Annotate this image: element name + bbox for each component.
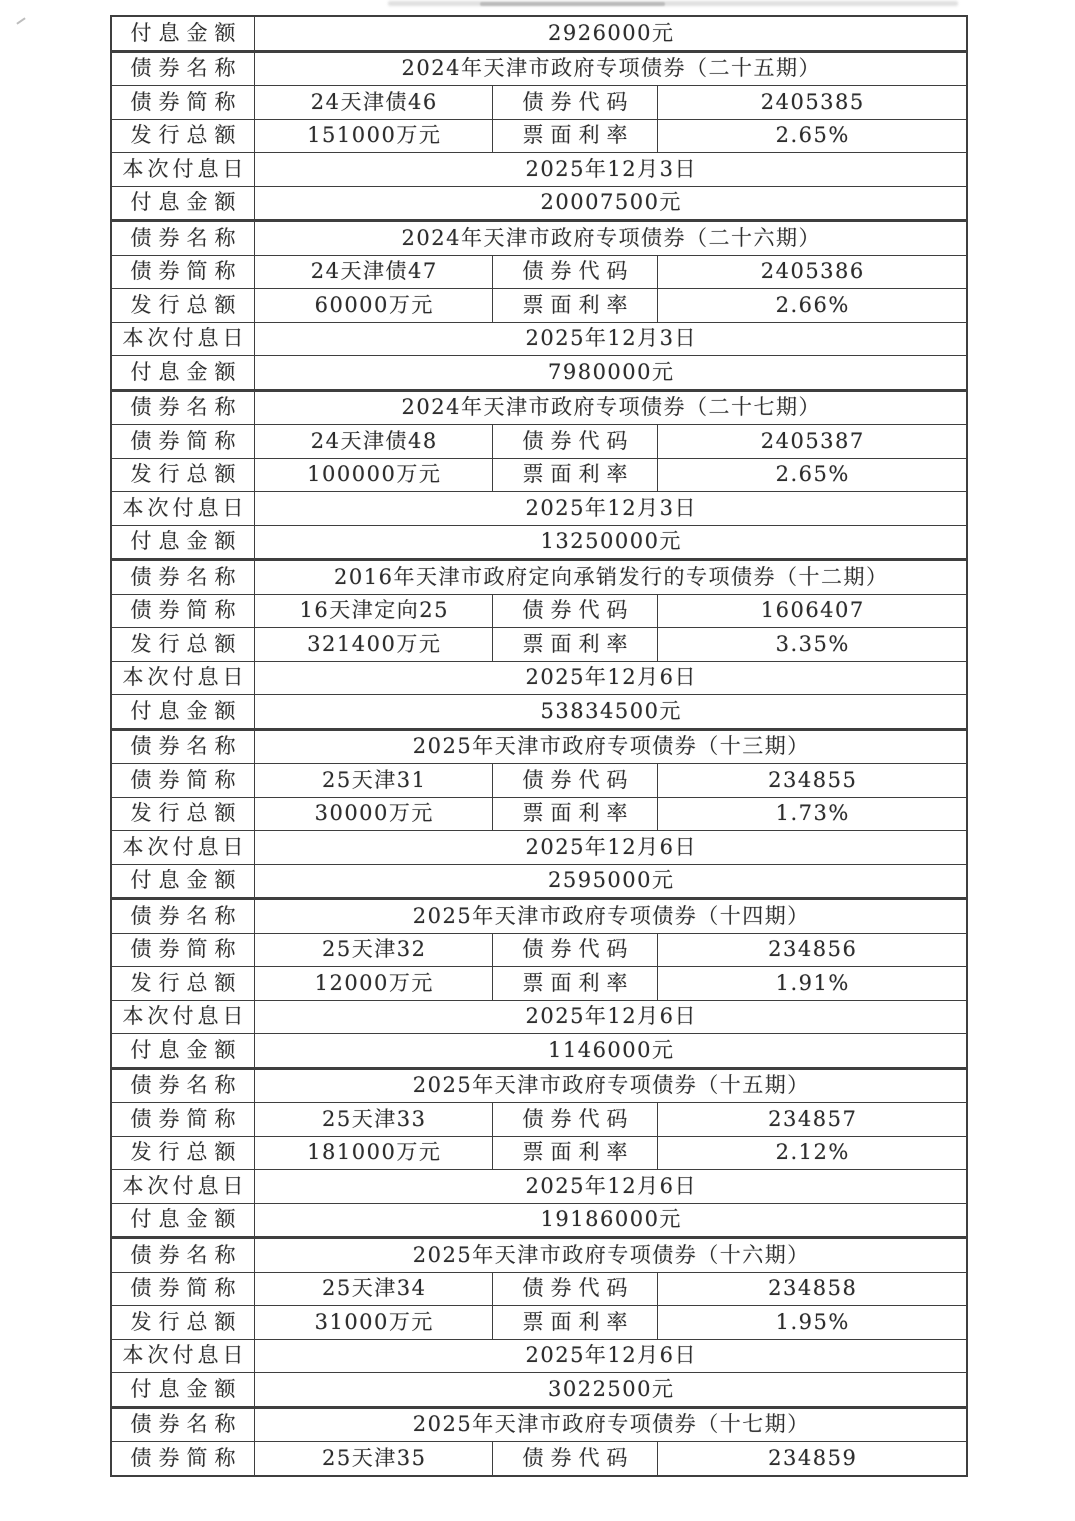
bond-abbr-code-row: 债券简称24天津债48债券代码2405387 bbox=[112, 424, 966, 458]
issue-rate-row-label-2: 票面利率 bbox=[492, 628, 657, 661]
issue-rate-row-value-2: 1.91% bbox=[657, 967, 966, 1000]
bond-name-row-value: 2025年天津市政府专项债券（十五期） bbox=[254, 1070, 966, 1103]
bond-name-row-label: 债券名称 bbox=[112, 1239, 254, 1272]
issue-rate-row-value-1: 12000万元 bbox=[254, 967, 492, 1000]
bond-abbr-code-row-label-2: 债券代码 bbox=[492, 1103, 657, 1136]
bond-abbr-code-row-value-1: 24天津债47 bbox=[254, 256, 492, 289]
bond-name-row-label: 债券名称 bbox=[112, 222, 254, 255]
bond-abbr-code-row-value-2: 2405385 bbox=[657, 86, 966, 119]
payment-date-row-value: 2025年12月3日 bbox=[254, 153, 966, 186]
bond-abbr-code-row-label-1: 债券简称 bbox=[112, 86, 254, 119]
payment-date-row-label: 本次付息日 bbox=[112, 1170, 254, 1203]
payment-amount-row-label: 付息金额 bbox=[112, 695, 254, 728]
bond-abbr-code-row-label-1: 债券简称 bbox=[112, 934, 254, 967]
payment-amount-row-value: 2926000元 bbox=[254, 17, 966, 50]
issue-rate-row-label-1: 发行总额 bbox=[112, 1306, 254, 1339]
payment-amount-row: 付息金额7980000元 bbox=[112, 355, 966, 389]
issue-rate-row: 发行总额31000万元票面利率1.95% bbox=[112, 1305, 966, 1339]
issue-rate-row: 发行总额151000万元票面利率2.65% bbox=[112, 119, 966, 153]
bond-name-row-value: 2025年天津市政府专项债券（十六期） bbox=[254, 1239, 966, 1272]
payment-amount-row-value: 7980000元 bbox=[254, 356, 966, 389]
payment-date-row-value: 2025年12月6日 bbox=[254, 662, 966, 695]
bond-abbr-code-row-label-2: 债券代码 bbox=[492, 595, 657, 628]
payment-date-row: 本次付息日2025年12月3日 bbox=[112, 322, 966, 356]
issue-rate-row-value-2: 3.35% bbox=[657, 628, 966, 661]
issue-rate-row-label-1: 发行总额 bbox=[112, 628, 254, 661]
payment-amount-row-value: 53834500元 bbox=[254, 695, 966, 728]
scan-artifact bbox=[16, 17, 25, 24]
issue-rate-row-value-2: 2.12% bbox=[657, 1137, 966, 1170]
bond-abbr-code-row-value-2: 234856 bbox=[657, 934, 966, 967]
payment-date-row-label: 本次付息日 bbox=[112, 831, 254, 864]
issue-rate-row: 发行总额12000万元票面利率1.91% bbox=[112, 966, 966, 1000]
bond-name-row: 债券名称2025年天津市政府专项债券（十六期） bbox=[112, 1236, 966, 1272]
payment-amount-row-value: 20007500元 bbox=[254, 187, 966, 220]
payment-date-row-label: 本次付息日 bbox=[112, 492, 254, 525]
payment-date-row: 本次付息日2025年12月6日 bbox=[112, 1339, 966, 1373]
payment-amount-row: 付息金额2926000元 bbox=[112, 17, 966, 50]
payment-amount-row-value: 2595000元 bbox=[254, 865, 966, 898]
issue-rate-row-label-2: 票面利率 bbox=[492, 1137, 657, 1170]
payment-date-row-label: 本次付息日 bbox=[112, 662, 254, 695]
bond-name-row-label: 债券名称 bbox=[112, 53, 254, 86]
issue-rate-row-value-2: 2.66% bbox=[657, 289, 966, 322]
payment-amount-row-label: 付息金额 bbox=[112, 1034, 254, 1067]
payment-date-row-value: 2025年12月3日 bbox=[254, 492, 966, 525]
issue-rate-row-value-1: 321400万元 bbox=[254, 628, 492, 661]
bond-name-row-label: 债券名称 bbox=[112, 561, 254, 594]
bond-name-row-value: 2025年天津市政府专项债券（十七期） bbox=[254, 1409, 966, 1442]
payment-amount-row-value: 1146000元 bbox=[254, 1034, 966, 1067]
bond-abbr-code-row-label-1: 债券简称 bbox=[112, 764, 254, 797]
bond-name-row-label: 债券名称 bbox=[112, 1070, 254, 1103]
bond-name-row-label: 债券名称 bbox=[112, 1409, 254, 1442]
bond-abbr-code-row-value-2: 234855 bbox=[657, 764, 966, 797]
bond-name-row-label: 债券名称 bbox=[112, 392, 254, 425]
issue-rate-row-value-2: 1.95% bbox=[657, 1306, 966, 1339]
bond-name-row-label: 债券名称 bbox=[112, 900, 254, 933]
payment-date-row-label: 本次付息日 bbox=[112, 1001, 254, 1034]
issue-rate-row-label-2: 票面利率 bbox=[492, 798, 657, 831]
bond-abbr-code-row-label-1: 债券简称 bbox=[112, 1103, 254, 1136]
payment-amount-row: 付息金额13250000元 bbox=[112, 525, 966, 559]
bond-abbr-code-row-value-2: 234859 bbox=[657, 1442, 966, 1475]
bond-abbr-code-row-value-1: 25天津33 bbox=[254, 1103, 492, 1136]
bond-abbr-code-row-value-1: 25天津35 bbox=[254, 1442, 492, 1475]
bond-name-row: 债券名称2025年天津市政府专项债券（十五期） bbox=[112, 1067, 966, 1103]
bond-name-row-value: 2025年天津市政府专项债券（十四期） bbox=[254, 900, 966, 933]
payment-amount-row-value: 3022500元 bbox=[254, 1373, 966, 1406]
bond-abbr-code-row-value-2: 234857 bbox=[657, 1103, 966, 1136]
bond-abbr-code-row-label-2: 债券代码 bbox=[492, 1273, 657, 1306]
payment-date-row: 本次付息日2025年12月3日 bbox=[112, 152, 966, 186]
payment-date-row-label: 本次付息日 bbox=[112, 153, 254, 186]
payment-amount-row: 付息金额3022500元 bbox=[112, 1372, 966, 1406]
bond-abbr-code-row: 债券简称25天津35债券代码234859 bbox=[112, 1441, 966, 1475]
bond-abbr-code-row: 债券简称25天津34债券代码234858 bbox=[112, 1272, 966, 1306]
bond-abbr-code-row-label-1: 债券简称 bbox=[112, 595, 254, 628]
bond-name-row: 债券名称2025年天津市政府专项债券（十七期） bbox=[112, 1406, 966, 1442]
bond-abbr-code-row-label-2: 债券代码 bbox=[492, 86, 657, 119]
issue-rate-row-label-1: 发行总额 bbox=[112, 798, 254, 831]
issue-rate-row: 发行总额181000万元票面利率2.12% bbox=[112, 1136, 966, 1170]
payment-date-row: 本次付息日2025年12月3日 bbox=[112, 491, 966, 525]
scan-artifact bbox=[480, 2, 665, 6]
issue-rate-row: 发行总额100000万元票面利率2.65% bbox=[112, 458, 966, 492]
bond-abbr-code-row-value-1: 16天津定向25 bbox=[254, 595, 492, 628]
issue-rate-row: 发行总额60000万元票面利率2.66% bbox=[112, 288, 966, 322]
bond-abbr-code-row: 债券简称25天津33债券代码234857 bbox=[112, 1102, 966, 1136]
bond-abbr-code-row: 债券简称24天津债46债券代码2405385 bbox=[112, 85, 966, 119]
bond-abbr-code-row: 债券简称25天津31债券代码234855 bbox=[112, 763, 966, 797]
payment-amount-row-label: 付息金额 bbox=[112, 1373, 254, 1406]
bond-name-row-value: 2024年天津市政府专项债券（二十五期） bbox=[254, 53, 966, 86]
payment-date-row-value: 2025年12月6日 bbox=[254, 1001, 966, 1034]
bond-name-row: 债券名称2024年天津市政府专项债券（二十五期） bbox=[112, 50, 966, 86]
bond-abbr-code-row-label-2: 债券代码 bbox=[492, 425, 657, 458]
payment-amount-row: 付息金额1146000元 bbox=[112, 1033, 966, 1067]
payment-amount-row-label: 付息金额 bbox=[112, 1204, 254, 1237]
payment-date-row: 本次付息日2025年12月6日 bbox=[112, 1169, 966, 1203]
bond-abbr-code-row-value-2: 2405387 bbox=[657, 425, 966, 458]
bond-name-row-label: 债券名称 bbox=[112, 731, 254, 764]
payment-amount-row: 付息金额2595000元 bbox=[112, 864, 966, 898]
issue-rate-row-label-1: 发行总额 bbox=[112, 1137, 254, 1170]
issue-rate-row-label-1: 发行总额 bbox=[112, 289, 254, 322]
bond-abbr-code-row-value-1: 24天津债48 bbox=[254, 425, 492, 458]
bond-abbr-code-row-label-1: 债券简称 bbox=[112, 256, 254, 289]
issue-rate-row-label-2: 票面利率 bbox=[492, 289, 657, 322]
issue-rate-row-label-2: 票面利率 bbox=[492, 120, 657, 153]
bond-abbr-code-row-label-2: 债券代码 bbox=[492, 256, 657, 289]
payment-date-row-value: 2025年12月6日 bbox=[254, 1170, 966, 1203]
issue-rate-row-value-1: 181000万元 bbox=[254, 1137, 492, 1170]
payment-date-row: 本次付息日2025年12月6日 bbox=[112, 1000, 966, 1034]
bond-abbr-code-row-value-2: 1606407 bbox=[657, 595, 966, 628]
payment-amount-row-value: 13250000元 bbox=[254, 526, 966, 559]
bond-name-row: 债券名称2025年天津市政府专项债券（十三期） bbox=[112, 728, 966, 764]
payment-date-row-value: 2025年12月6日 bbox=[254, 831, 966, 864]
issue-rate-row: 发行总额321400万元票面利率3.35% bbox=[112, 627, 966, 661]
issue-rate-row-value-1: 60000万元 bbox=[254, 289, 492, 322]
payment-date-row: 本次付息日2025年12月6日 bbox=[112, 830, 966, 864]
bond-name-row: 债券名称2025年天津市政府专项债券（十四期） bbox=[112, 897, 966, 933]
bond-abbr-code-row-value-1: 25天津32 bbox=[254, 934, 492, 967]
issue-rate-row-value-1: 100000万元 bbox=[254, 459, 492, 492]
bond-name-row: 债券名称2024年天津市政府专项债券（二十六期） bbox=[112, 219, 966, 255]
issue-rate-row-value-1: 30000万元 bbox=[254, 798, 492, 831]
bond-abbr-code-row-value-1: 25天津34 bbox=[254, 1273, 492, 1306]
payment-date-row-value: 2025年12月3日 bbox=[254, 323, 966, 356]
bond-interest-payment-table: 付息金额2926000元债券名称2024年天津市政府专项债券（二十五期）债券简称… bbox=[110, 15, 968, 1477]
bond-abbr-code-row-value-2: 2405386 bbox=[657, 256, 966, 289]
issue-rate-row-label-1: 发行总额 bbox=[112, 967, 254, 1000]
scan-artifact bbox=[388, 1, 958, 6]
bond-abbr-code-row-label-2: 债券代码 bbox=[492, 764, 657, 797]
payment-amount-row-label: 付息金额 bbox=[112, 187, 254, 220]
bond-abbr-code-row-value-1: 25天津31 bbox=[254, 764, 492, 797]
bond-abbr-code-row-label-1: 债券简称 bbox=[112, 1442, 254, 1475]
issue-rate-row-value-2: 2.65% bbox=[657, 120, 966, 153]
payment-amount-row-label: 付息金额 bbox=[112, 526, 254, 559]
issue-rate-row: 发行总额30000万元票面利率1.73% bbox=[112, 797, 966, 831]
payment-date-row-value: 2025年12月6日 bbox=[254, 1340, 966, 1373]
issue-rate-row-label-2: 票面利率 bbox=[492, 967, 657, 1000]
issue-rate-row-value-1: 151000万元 bbox=[254, 120, 492, 153]
bond-abbr-code-row-label-1: 债券简称 bbox=[112, 425, 254, 458]
bond-abbr-code-row-value-2: 234858 bbox=[657, 1273, 966, 1306]
payment-date-row-label: 本次付息日 bbox=[112, 1340, 254, 1373]
bond-name-row-value: 2024年天津市政府专项债券（二十六期） bbox=[254, 222, 966, 255]
bond-name-row-value: 2025年天津市政府专项债券（十三期） bbox=[254, 731, 966, 764]
payment-amount-row-label: 付息金额 bbox=[112, 865, 254, 898]
bond-abbr-code-row-value-1: 24天津债46 bbox=[254, 86, 492, 119]
bond-abbr-code-row: 债券简称25天津32债券代码234856 bbox=[112, 933, 966, 967]
bond-name-row-value: 2024年天津市政府专项债券（二十七期） bbox=[254, 392, 966, 425]
payment-amount-row: 付息金额20007500元 bbox=[112, 186, 966, 220]
issue-rate-row-label-1: 发行总额 bbox=[112, 459, 254, 492]
bond-name-row: 债券名称2024年天津市政府专项债券（二十七期） bbox=[112, 389, 966, 425]
issue-rate-row-label-1: 发行总额 bbox=[112, 120, 254, 153]
payment-amount-row: 付息金额53834500元 bbox=[112, 694, 966, 728]
issue-rate-row-value-1: 31000万元 bbox=[254, 1306, 492, 1339]
bond-abbr-code-row: 债券简称24天津债47债券代码2405386 bbox=[112, 255, 966, 289]
payment-date-row-label: 本次付息日 bbox=[112, 323, 254, 356]
issue-rate-row-value-2: 1.73% bbox=[657, 798, 966, 831]
payment-amount-row: 付息金额19186000元 bbox=[112, 1203, 966, 1237]
bond-abbr-code-row-label-1: 债券简称 bbox=[112, 1273, 254, 1306]
scanned-document-page: 付息金额2926000元债券名称2024年天津市政府专项债券（二十五期）债券简称… bbox=[0, 0, 1075, 1521]
issue-rate-row-label-2: 票面利率 bbox=[492, 459, 657, 492]
payment-amount-row-label: 付息金额 bbox=[112, 17, 254, 50]
payment-amount-row-label: 付息金额 bbox=[112, 356, 254, 389]
bond-name-row: 债券名称2016年天津市政府定向承销发行的专项债券（十二期） bbox=[112, 558, 966, 594]
bond-abbr-code-row: 债券简称16天津定向25债券代码1606407 bbox=[112, 594, 966, 628]
payment-amount-row-value: 19186000元 bbox=[254, 1204, 966, 1237]
issue-rate-row-value-2: 2.65% bbox=[657, 459, 966, 492]
payment-date-row: 本次付息日2025年12月6日 bbox=[112, 661, 966, 695]
issue-rate-row-label-2: 票面利率 bbox=[492, 1306, 657, 1339]
bond-abbr-code-row-label-2: 债券代码 bbox=[492, 934, 657, 967]
bond-abbr-code-row-label-2: 债券代码 bbox=[492, 1442, 657, 1475]
bond-name-row-value: 2016年天津市政府定向承销发行的专项债券（十二期） bbox=[254, 561, 966, 594]
